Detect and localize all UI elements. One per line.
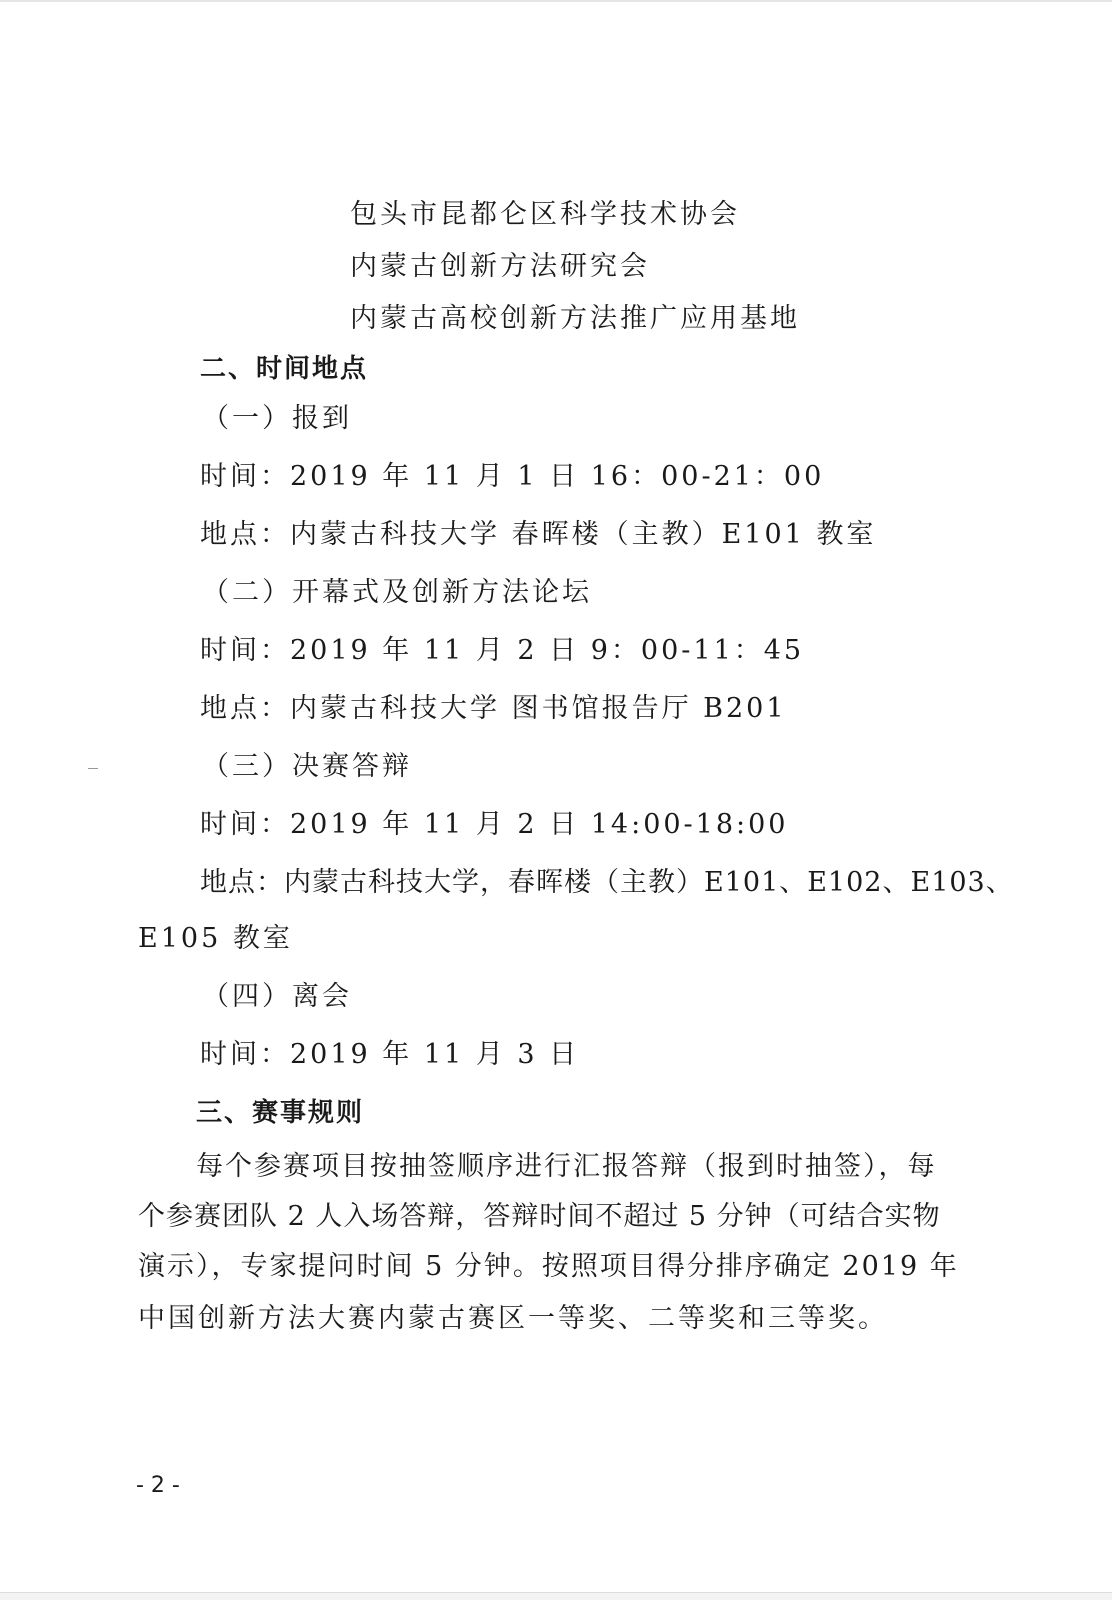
section-3-heading: 三、赛事规则 xyxy=(196,1096,364,1130)
rules-line-4: 中国创新方法大赛内蒙古赛区一等奖、二等奖和三等奖。 xyxy=(138,1302,888,1336)
page-number: - 2 - xyxy=(136,1473,180,1498)
sub2-title: （二）开幕式及创新方法论坛 xyxy=(202,576,592,610)
organizer-2: 内蒙古创新方法研究会 xyxy=(350,250,650,284)
section-2-heading: 二、时间地点 xyxy=(200,352,368,386)
organizer-3: 内蒙古高校创新方法推广应用基地 xyxy=(350,302,800,336)
rules-line-2: 个参赛团队 2 人入场答辩，答辩时间不超过 5 分钟（可结合实物 xyxy=(138,1200,941,1234)
sub3-place-line2: E105 教室 xyxy=(138,922,293,956)
sub4-title: （四）离会 xyxy=(202,980,352,1014)
sub1-time: 时间：2019 年 11 月 1 日 16：00-21：00 xyxy=(200,460,824,494)
scan-mark xyxy=(88,768,98,769)
sub1-title: （一）报到 xyxy=(202,402,352,436)
scan-top-edge xyxy=(0,0,1112,2)
sub3-place-line1: 地点：内蒙古科技大学，春晖楼（主教）E101、E102、E103、 xyxy=(200,866,1014,900)
rules-line-3: 演示），专家提问时间 5 分钟。按照项目得分排序确定 2019 年 xyxy=(138,1250,959,1284)
sub1-place: 地点：内蒙古科技大学 春晖楼（主教）E101 教室 xyxy=(200,518,876,552)
organizer-1: 包头市昆都仑区科学技术协会 xyxy=(350,198,740,232)
sub4-time: 时间：2019 年 11 月 3 日 xyxy=(200,1038,579,1072)
sub2-place: 地点：内蒙古科技大学 图书馆报告厅 B201 xyxy=(200,692,787,726)
scan-bottom-edge xyxy=(0,1592,1112,1600)
sub2-time: 时间：2019 年 11 月 2 日 9：00-11：45 xyxy=(200,634,804,668)
sub3-time: 时间：2019 年 11 月 2 日 14:00-18:00 xyxy=(200,808,789,842)
sub3-title: （三）决赛答辩 xyxy=(202,750,412,784)
rules-line-1: 每个参赛项目按抽签顺序进行汇报答辩（报到时抽签），每 xyxy=(196,1150,937,1184)
